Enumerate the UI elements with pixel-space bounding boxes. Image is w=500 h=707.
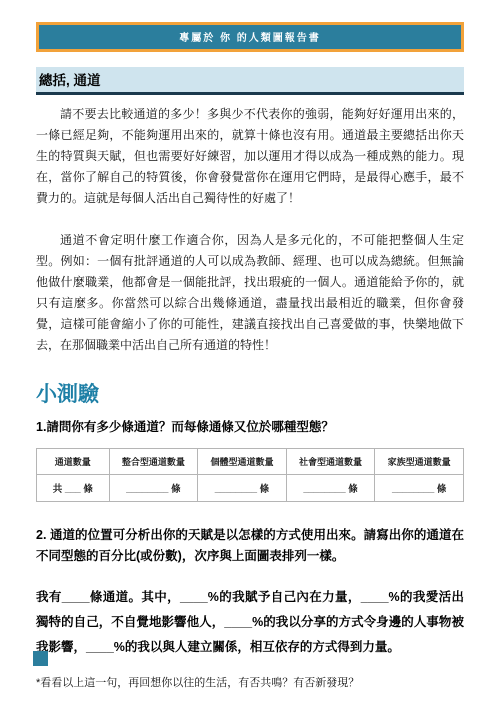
page-footer-mark (33, 651, 48, 666)
table-header-integration: 整合型通道數量 (109, 449, 198, 475)
section-heading-label: 總括, 通道 (39, 73, 101, 88)
table-header-row: 通道數量 整合型通道數量 個體型通道數量 社會型通道數量 家族型通道數量 (37, 449, 464, 475)
quiz-question-2: 2. 通道的位置可分析出你的天賦是以怎樣的方式使用出來。請寫出你的通道在不同型態… (36, 525, 464, 567)
overview-paragraph-1: 請不要去比較通道的多少！多與少不代表你的強弱，能夠好好運用出來的，一條已經足夠，… (36, 104, 464, 209)
table-blank-tribal: ________ 條 (375, 475, 464, 502)
footnote: *看看以上這一句，再回想你以往的生活，有否共鳴？有否新發現？ (36, 674, 464, 690)
fill-in-statement: 我有____條通道。其中，____%的我賦予自己內在力量，____%的我愛活出獨… (36, 585, 464, 660)
quiz-heading: 小測驗 (36, 383, 464, 407)
table-header-total: 通道數量 (37, 449, 110, 475)
overview-paragraph-2: 通道不會定明什麼工作適合你，因為人是多元化的，不可能把整個人生定型。例如：一個有… (36, 230, 464, 356)
page-content: 專屬於 你 的人類圖報告書 總括, 通道 請不要去比較通道的多少！多與少不代表你… (0, 0, 500, 690)
banner-title: 專屬於 你 的人類圖報告書 (179, 33, 321, 44)
table-blank-individual: ________ 條 (198, 475, 287, 502)
table-header-tribal: 家族型通道數量 (375, 449, 464, 475)
table-header-individual: 個體型通道數量 (198, 449, 287, 475)
quiz-question-1: 1.請問你有多少條通道？而每條通條又位於哪種型態？ (36, 417, 464, 438)
channel-count-table: 通道數量 整合型通道數量 個體型通道數量 社會型通道數量 家族型通道數量 共 _… (36, 448, 464, 502)
table-header-collective: 社會型通道數量 (286, 449, 375, 475)
table-blank-total: 共 ___ 條 (37, 475, 110, 502)
table-blank-integration: ________ 條 (109, 475, 198, 502)
report-page: 專屬於 你 的人類圖報告書 總括, 通道 請不要去比較通道的多少！多與少不代表你… (0, 0, 500, 707)
table-value-row: 共 ___ 條 ________ 條 ________ 條 ________ 條… (37, 475, 464, 502)
section-heading: 總括, 通道 (36, 67, 464, 95)
table-blank-collective: ________ 條 (286, 475, 375, 502)
page-banner: 專屬於 你 的人類圖報告書 (36, 22, 464, 52)
